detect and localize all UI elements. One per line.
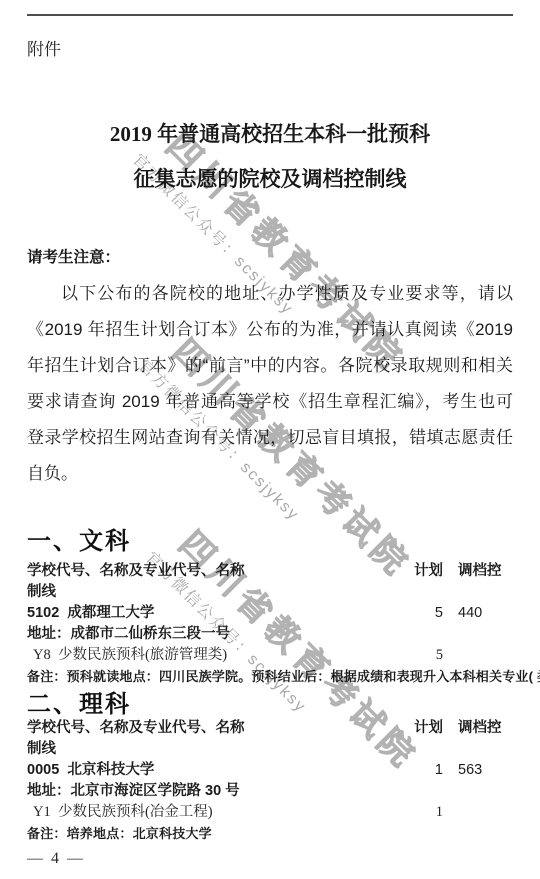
school-control-line-value: 440 xyxy=(458,603,513,624)
school-address: 地址：北京市海淀区学院路 30 号 xyxy=(27,781,513,802)
major-plan-value: 1 xyxy=(383,802,443,823)
school-code-name: 0005 北京科技大学 xyxy=(27,760,383,781)
school-address: 地址：成都市二仙桥东三段一号 xyxy=(27,624,513,645)
document-title-line2: 征集志愿的院校及调档控制线 xyxy=(0,157,540,202)
header-control-line-column: 调档控 xyxy=(458,561,513,582)
school-row: 5102 成都理工大学 5 440 xyxy=(27,603,513,624)
school-code-name: 5102 成都理工大学 xyxy=(27,603,383,624)
header-plan-column: 计划 xyxy=(383,718,443,739)
school-note: 备注：培养地点：北京科技大学 xyxy=(27,823,513,844)
notice-line: 自负。 xyxy=(27,456,513,492)
science-table: 学校代号、名称及专业代号、名称 计划 调档控 制线 0005 北京科技大学 1 … xyxy=(27,718,513,844)
major-plan-value: 5 xyxy=(383,645,443,666)
attachment-label: 附件 xyxy=(27,35,61,60)
school-control-line-value: 563 xyxy=(458,760,513,781)
notice-line: 要求请查询 2019 年普通高等学校《招生章程汇编》，考生也可 xyxy=(27,384,513,420)
section-heading-liberal-arts: 一、文科 xyxy=(27,527,131,557)
major-name: Y8 少数民族预科(旅游管理类) xyxy=(27,645,383,666)
school-plan-value: 1 xyxy=(383,760,443,781)
table-header-row: 学校代号、名称及专业代号、名称 计划 调档控 xyxy=(27,718,513,739)
notice-paragraph: 以下公布的各院校的地址、办学性质及专业要求等，请以 《2019 年招生计划合订本… xyxy=(27,276,513,492)
table-header-row: 学校代号、名称及专业代号、名称 计划 调档控 xyxy=(27,561,513,582)
notice-line: 年招生计划合订本》的“前言”中的内容。各院校录取规则和相关 xyxy=(27,348,513,384)
header-control-line-wrap: 制线 xyxy=(27,739,513,760)
document-title: 2019 年普通高校招生本科一批预科 征集志愿的院校及调档控制线 xyxy=(0,112,540,202)
page-number: — 4 — xyxy=(27,850,85,868)
major-row: Y1 少数民族预科(冶金工程) 1 xyxy=(27,802,513,823)
notice-line: 登录学校招生网站查询有关情况，切忌盲目填报，错填志愿责任 xyxy=(27,420,513,456)
header-control-line-column: 调档控 xyxy=(458,718,513,739)
notice-heading: 请考生注意： xyxy=(27,245,120,267)
major-row: Y8 少数民族预科(旅游管理类) 5 xyxy=(27,645,513,666)
section-heading-science: 二、理科 xyxy=(27,690,131,720)
notice-line: 以下公布的各院校的地址、办学性质及专业要求等，请以 xyxy=(27,276,513,312)
notice-line: 《2019 年招生计划合订本》公布的为准，并请认真阅读《2019 xyxy=(27,312,513,348)
header-control-line-wrap: 制线 xyxy=(27,582,513,603)
liberal-arts-table: 学校代号、名称及专业代号、名称 计划 调档控 制线 5102 成都理工大学 5 … xyxy=(27,561,513,687)
document-title-line1: 2019 年普通高校招生本科一批预科 xyxy=(0,112,540,157)
school-note: 备注：预科就读地点：四川民族学院。预科结业后：根据成绩和表现升入本科相关专业( … xyxy=(27,666,513,687)
major-name: Y1 少数民族预科(冶金工程) xyxy=(27,802,383,823)
top-divider xyxy=(27,14,513,16)
header-plan-column: 计划 xyxy=(383,561,443,582)
header-school-column: 学校代号、名称及专业代号、名称 xyxy=(27,561,383,582)
header-school-column: 学校代号、名称及专业代号、名称 xyxy=(27,718,383,739)
school-row: 0005 北京科技大学 1 563 xyxy=(27,760,513,781)
school-plan-value: 5 xyxy=(383,603,443,624)
